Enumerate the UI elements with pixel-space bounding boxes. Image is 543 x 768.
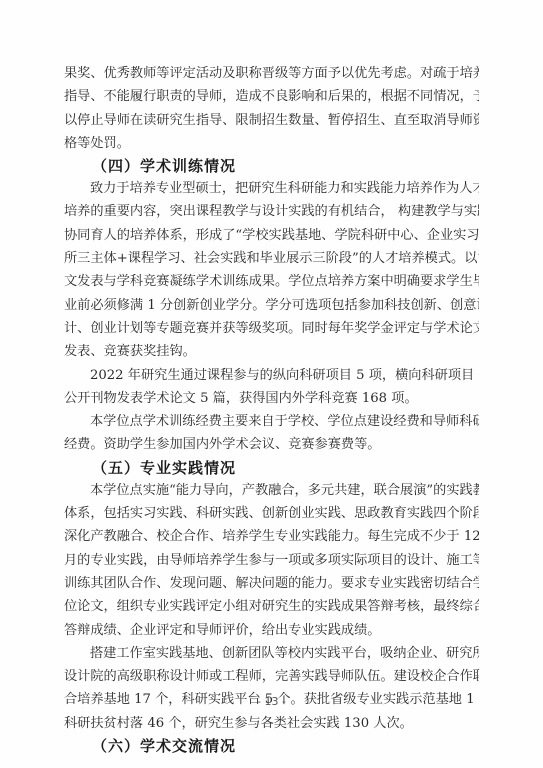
text-line: 文发表与学科竞赛凝练学术训练成果。学位点培养方案中明确要求学生毕 [64,270,479,293]
text-line: 深化产教融合、校企合作、培养学生专业实践能力。每生完成不少于 12 个 [64,525,479,548]
text-line: 设计院的高级职称设计师或工程师，完善实践导师队伍。建设校企合作联 [64,665,479,688]
section-heading-professional-practice: （五）专业实践情况 [64,457,479,479]
text-line: 2022 年研究生通过课程参与的纵向科研项目 5 项，横向科研项目 10 项。 [64,364,479,387]
text-line: 致力于培养专业型硕士，把研究生科研能力和实践能力培养作为人才 [64,177,479,200]
section-heading-academic-training: （四）学术训练情况 [64,155,479,177]
page-content: 果奖、优秀教师等评定活动及职称晋级等方面予以优先考虑。对疏于培养 指导、不能履行… [64,62,479,757]
paragraph-training-funding: 本学位点学术训练经费主要来自于学校、学位点建设经费和导师科研 经费。资助学生参加… [64,410,479,457]
text-line: 协同育人的培养体系，形成了“学校实践基地、学院科研中心、企业实习场 [64,224,479,247]
text-line: 本学位点实施“能力导向，产教融合，多元共建，联合展演”的实践教学 [64,479,479,502]
section-heading-academic-exchange: （六）学术交流情况 [64,735,479,757]
text-line: 位论文，组织专业实践评定小组对研究生的实践成果答辩考核，最终综合 [64,595,479,618]
text-line: 计、创业计划等专题竞赛并获等级奖项。同时每年奖学金评定与学术论文 [64,317,479,340]
paragraph-tutor-evaluation: 果奖、优秀教师等评定活动及职称晋级等方面予以优先考虑。对疏于培养 指导、不能履行… [64,62,479,155]
text-line: 所三主体+课程学习、社会实践和毕业展示三阶段”的人才培养模式。以论 [64,247,479,270]
text-line: 果奖、优秀教师等评定活动及职称晋级等方面予以优先考虑。对疏于培养 [64,62,479,85]
text-line: 科研扶贫村落 46 个，研究生参与各类社会实践 130 人次。 [64,712,479,735]
text-line: 答辩成绩、企业评定和导师评价，给出专业实践成绩。 [64,619,479,642]
text-line: 培养的重要内容，突出课程教学与设计实践的有机结合， 构建教学与实践 [64,200,479,223]
document-page: 果奖、优秀教师等评定活动及职称晋级等方面予以优先考虑。对疏于培养 指导、不能履行… [0,0,543,768]
text-line: 月的专业实践，由导师培养学生参与一项或多项实际项目的设计、施工等， [64,549,479,572]
text-line: 发表、竞赛获奖挂钩。 [64,340,479,363]
paragraph-research-projects-2022: 2022 年研究生通过课程参与的纵向科研项目 5 项，横向科研项目 10 项。 … [64,364,479,411]
text-line: 以停止导师在读研究生指导、限制招生数量、暂停招生、直至取消导师资 [64,109,479,132]
text-line: 公开刊物发表学术论文 5 篇，获得国内外学科竞赛 168 项。 [64,387,479,410]
text-line: 业前必须修满 1 分创新创业学分。学分可选项包括参加科技创新、创意设 [64,294,479,317]
paragraph-training-system: 致力于培养专业型硕士，把研究生科研能力和实践能力培养作为人才 培养的重要内容，突… [64,177,479,363]
text-line: 经费。资助学生参加国内外学术会议、竞赛参赛费等。 [64,433,479,456]
paragraph-practice-platforms: 搭建工作室实践基地、创新团队等校内实践平台，吸纳企业、研究所、 设计院的高级职称… [64,642,479,735]
text-line: 指导、不能履行职责的导师，造成不良影响和后果的，根据不同情况，予 [64,85,479,108]
page-number: - 13 - [0,695,543,708]
paragraph-practice-system: 本学位点实施“能力导向，产教融合，多元共建，联合展演”的实践教学 体系，包括实习… [64,479,479,642]
text-line: 格等处罚。 [64,132,479,155]
text-line: 训练其团队合作、发现问题、解决问题的能力。要求专业实践密切结合学 [64,572,479,595]
text-line: 体系，包括实习实践、科研实践、创新创业实践、思政教育实践四个阶段， [64,502,479,525]
text-line: 搭建工作室实践基地、创新团队等校内实践平台，吸纳企业、研究所、 [64,642,479,665]
text-line: 本学位点学术训练经费主要来自于学校、学位点建设经费和导师科研 [64,410,479,433]
